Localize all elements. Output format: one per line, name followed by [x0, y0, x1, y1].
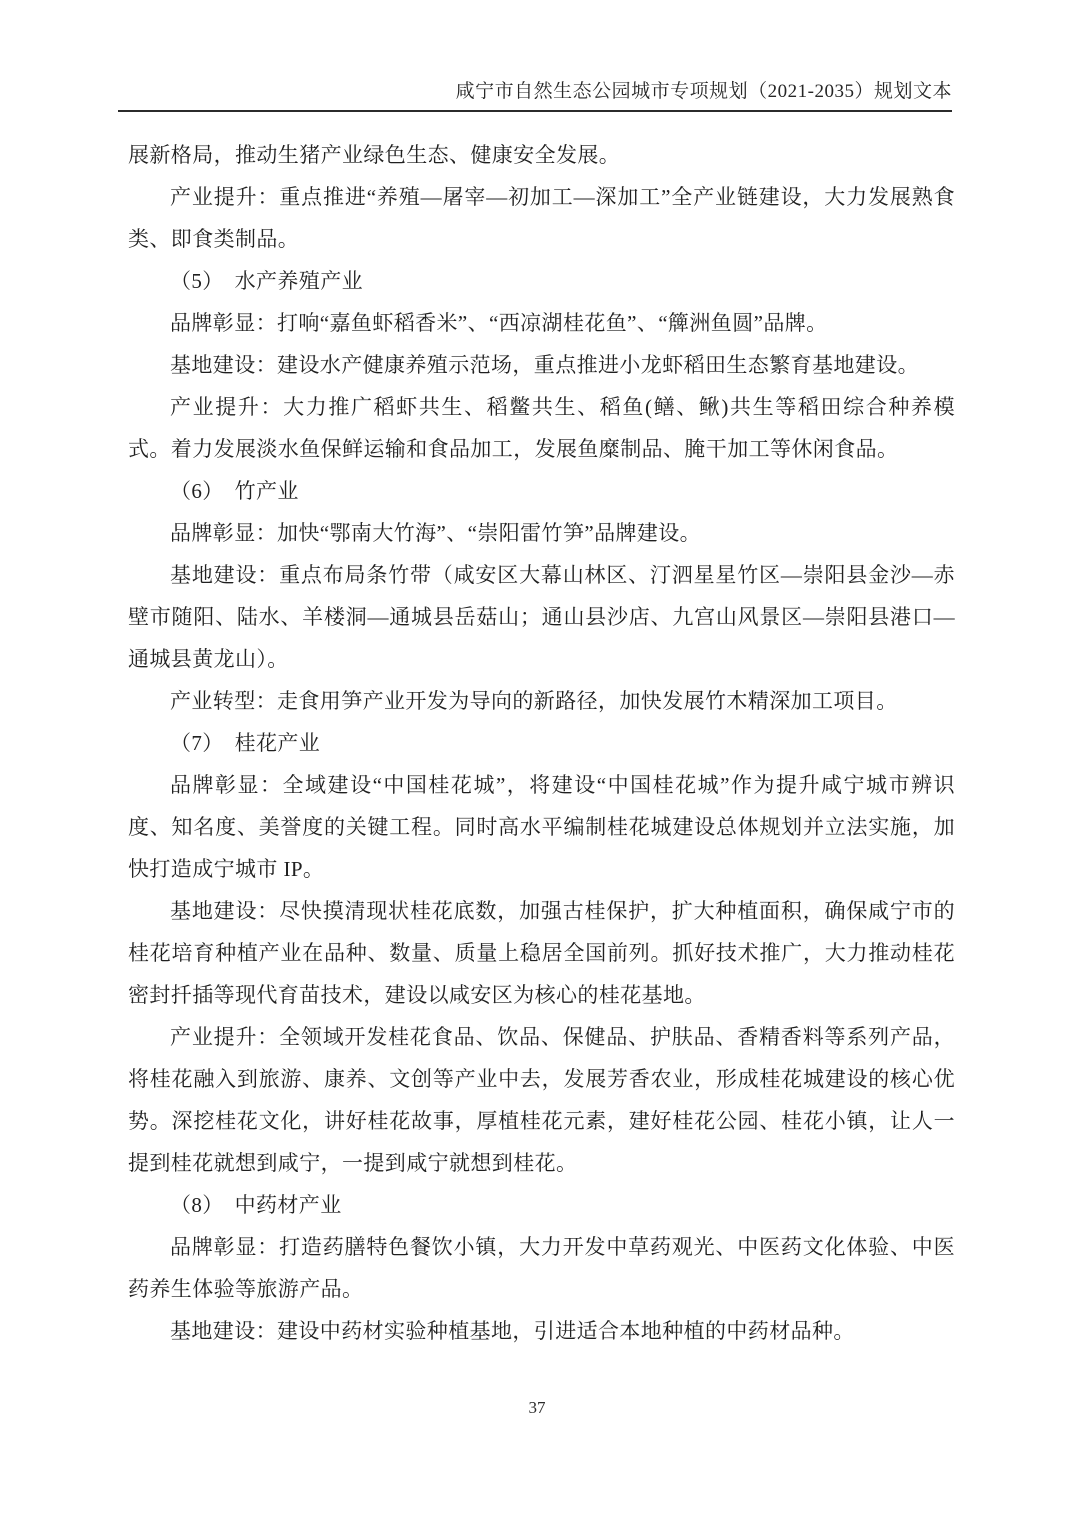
section-heading-5-aquaculture: （5） 水产养殖产业 [128, 260, 955, 302]
document-body: 展新格局，推动生猪产业绿色生态、健康安全发展。 产业提升：重点推进“养殖—屠宰—… [128, 134, 955, 1352]
page-number: 37 [529, 1398, 546, 1417]
page-footer: 37 [0, 1398, 1074, 1418]
paragraph-industry-upgrade-pig: 产业提升：重点推进“养殖—屠宰—初加工—深加工”全产业链建设，大力发展熟食类、即… [128, 176, 955, 260]
paragraph-brand-herbs: 品牌彰显：打造药膳特色餐饮小镇，大力开发中草药观光、中医药文化体验、中医药养生体… [128, 1226, 955, 1310]
section-heading-7-osmanthus: （7） 桂花产业 [128, 722, 955, 764]
paragraph-upgrade-aquaculture: 产业提升：大力推广稻虾共生、稻鳖共生、稻鱼(鳝、鳅)共生等稻田综合种养模式。着力… [128, 386, 955, 470]
paragraph-base-herbs: 基地建设：建设中药材实验种植基地，引进适合本地种植的中药材品种。 [128, 1310, 955, 1352]
paragraph-transform-bamboo: 产业转型：走食用笋产业开发为导向的新路径，加快发展竹木精深加工项目。 [128, 680, 955, 722]
paragraph-upgrade-osmanthus: 产业提升：全领域开发桂花食品、饮品、保健品、护肤品、香精香料等系列产品，将桂花融… [128, 1016, 955, 1184]
header-title: 咸宁市自然生态公园城市专项规划（2021-2035）规划文本 [456, 81, 952, 102]
paragraph-brand-aquaculture: 品牌彰显：打响“嘉鱼虾稻香米”、“西凉湖桂花鱼”、“簰洲鱼圆”品牌。 [128, 302, 955, 344]
paragraph-continuation: 展新格局，推动生猪产业绿色生态、健康安全发展。 [128, 134, 955, 176]
paragraph-brand-osmanthus: 品牌彰显：全域建设“中国桂花城”，将建设“中国桂花城”作为提升咸宁城市辨识度、知… [128, 764, 955, 890]
paragraph-base-aquaculture: 基地建设：建设水产健康养殖示范场，重点推进小龙虾稻田生态繁育基地建设。 [128, 344, 955, 386]
document-page: 咸宁市自然生态公园城市专项规划（2021-2035）规划文本 展新格局，推动生猪… [0, 0, 1074, 1520]
section-heading-8-herbs: （8） 中药材产业 [128, 1184, 955, 1226]
paragraph-base-bamboo: 基地建设：重点布局条竹带（咸安区大幕山林区、汀泗星星竹区—崇阳县金沙—赤壁市随阳… [128, 554, 955, 680]
paragraph-base-osmanthus: 基地建设：尽快摸清现状桂花底数，加强古桂保护，扩大种植面积，确保咸宁市的桂花培育… [128, 890, 955, 1016]
page-header: 咸宁市自然生态公园城市专项规划（2021-2035）规划文本 [118, 76, 952, 112]
paragraph-brand-bamboo: 品牌彰显：加快“鄂南大竹海”、“崇阳雷竹笋”品牌建设。 [128, 512, 955, 554]
section-heading-6-bamboo: （6） 竹产业 [128, 470, 955, 512]
